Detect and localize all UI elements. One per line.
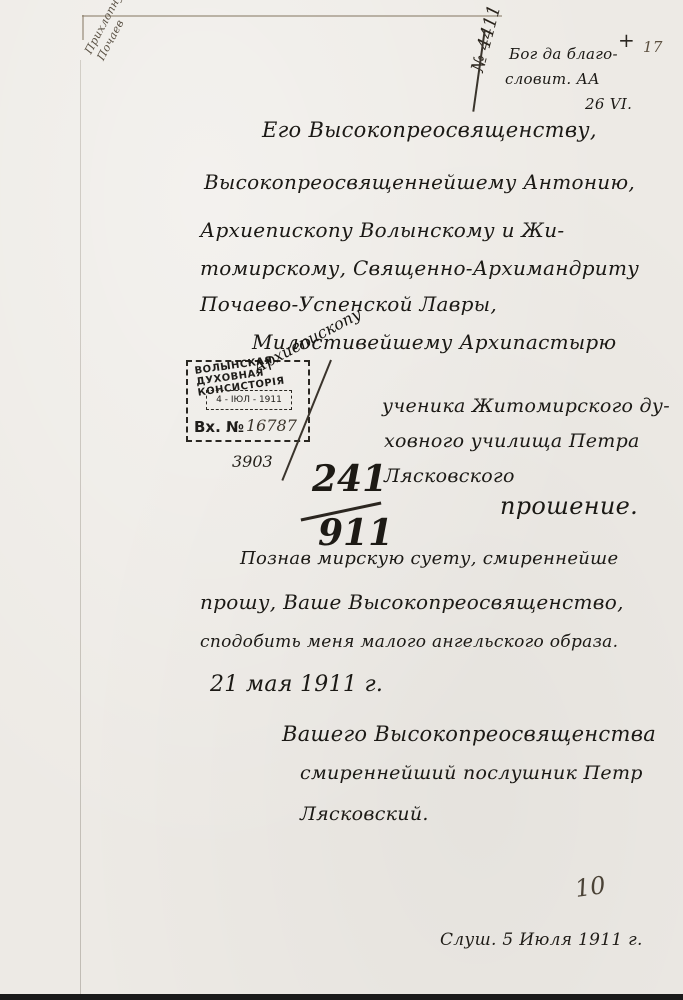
sender-line: ховного училища Петра: [384, 430, 640, 452]
page-number: 17: [643, 38, 663, 56]
scan-border: [0, 994, 683, 1000]
body-line: прошу, Ваше Высокопреосвященство,: [200, 590, 624, 614]
body-line: Познав мирскую суету, смиреннейше: [240, 548, 618, 569]
resolution-line: 26 VI.: [505, 92, 632, 117]
document-title: прошение.: [500, 492, 638, 520]
stamp-incoming-label: Вх. №: [194, 418, 244, 436]
address-line: томирскому, Священно-Архимандриту: [200, 256, 639, 280]
resolution-line: Бог да благо-: [505, 42, 632, 67]
closing-line: Вашего Высокопреосвященства: [282, 722, 656, 746]
sender-line: ученика Житомирского ду-: [382, 395, 670, 417]
closing-line: смиреннейший послушник Петр: [300, 762, 643, 784]
document-page: Прихлопну Почаев № 4411 + 17 Бог да благ…: [0, 0, 683, 994]
sender-line: Лясковского: [384, 465, 515, 487]
fraction-numerator: 241: [312, 458, 387, 500]
registry-number: № 4411: [467, 3, 505, 75]
stamp-incoming-number: 16787: [246, 416, 297, 435]
address-line: Архиепископу Волынскому и Жи-: [200, 218, 564, 242]
address-line: Высокопреосвященнейшему Антонию,: [204, 170, 635, 194]
body-date: 21 мая 1911 г.: [210, 672, 383, 697]
signature: Лясковский.: [300, 803, 429, 825]
paper-edge-corner: [82, 15, 84, 40]
resolution-line: словит. АА: [505, 67, 632, 92]
archbishop-resolution: Бог да благо- словит. АА 26 VI.: [505, 42, 632, 117]
consistory-stamp: ВОЛЫНСКАЯ ДУХОВНАЯ КОНСИСТОРІЯ 4 - ІЮЛ -…: [186, 360, 310, 442]
address-line: Его Высокопреосвященству,: [262, 118, 597, 142]
body-line: сподобить меня малого ангельского образа…: [200, 632, 618, 652]
file-number: 3903: [232, 452, 273, 471]
paper-edge-top: [82, 15, 502, 19]
fold-line: [80, 60, 81, 995]
hearing-note: Слуш. 5 Июля 1911 г.: [440, 930, 643, 950]
reference-number: 10: [573, 871, 607, 903]
stamp-date: 4 - ІЮЛ - 1911: [206, 390, 292, 410]
margin-note: Прихлопну Почаев: [82, 0, 138, 63]
